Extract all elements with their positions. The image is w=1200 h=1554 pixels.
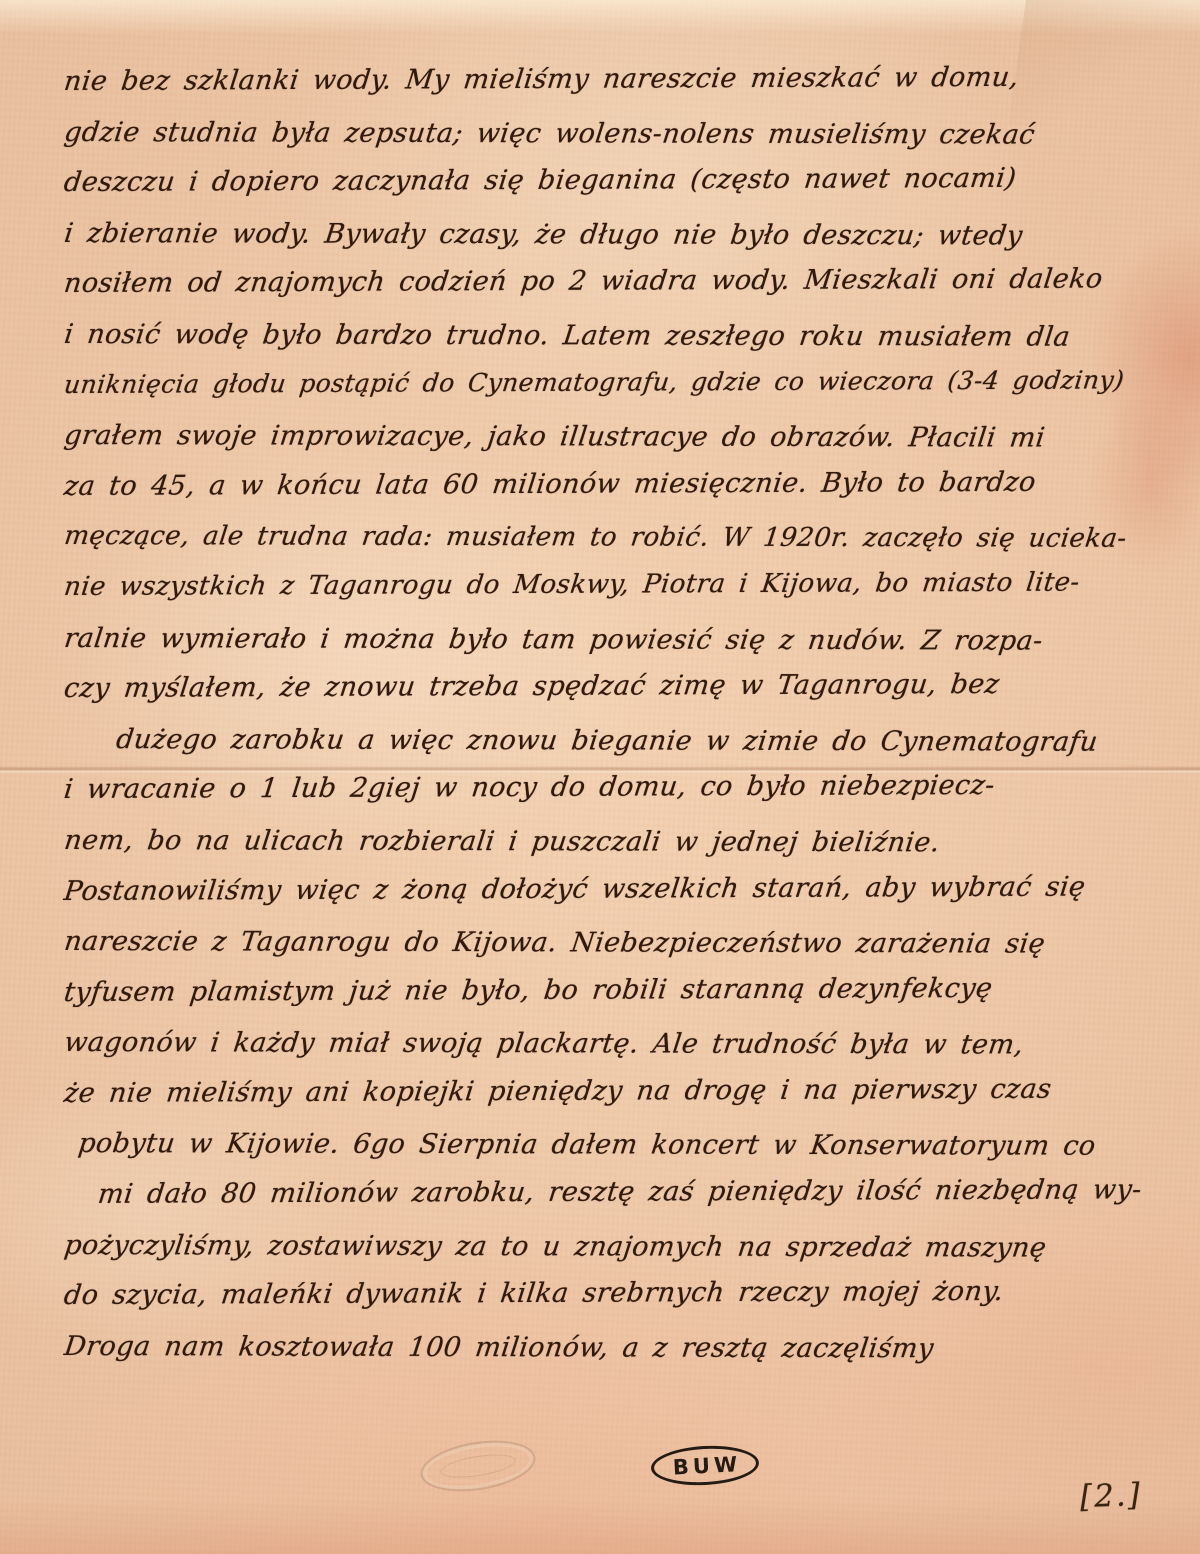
manuscript-line: deszczu i dopiero zaczynała się bieganin…: [60, 162, 1162, 217]
manuscript-line: wagonów i każdy miał swoją plackartę. Al…: [60, 1027, 1161, 1080]
manuscript-line: nem, bo na ulicach rozbierali i puszczal…: [60, 825, 1161, 878]
manuscript-line: nosiłem od znajomych codzień po 2 wiadra…: [60, 264, 1162, 319]
handwritten-text: nie bez szklanki wody. My mieliśmy nares…: [60, 66, 1155, 1381]
manuscript-line: pobytu w Kijowie. 6go Sierpnia dałem kon…: [60, 1128, 1161, 1181]
manuscript-line: czy myślałem, że znowu trzeba spędzać zi…: [60, 668, 1162, 723]
manuscript-line: za to 45, a w końcu lata 60 milionów mie…: [60, 466, 1162, 521]
manuscript-line: tyfusem plamistym już nie było, bo robil…: [60, 972, 1162, 1027]
manuscript-line: nie wszystkich z Taganrogu do Moskwy, Pi…: [60, 567, 1162, 622]
manuscript-line: nareszcie z Taganrogu do Kijowa. Niebezp…: [60, 926, 1161, 979]
manuscript-line: mi dało 80 milionów zarobku, resztę zaś …: [60, 1174, 1162, 1229]
letter-page: nie bez szklanki wody. My mieliśmy nares…: [0, 0, 1200, 1554]
manuscript-line: i nosić wodę było bardzo trudno. Latem z…: [60, 319, 1161, 372]
manuscript-line: Droga nam kosztowała 100 milionów, a z r…: [60, 1331, 1161, 1384]
library-stamp: BUW: [650, 1443, 760, 1488]
manuscript-line: do szycia, maleńki dywanik i kilka srebr…: [60, 1275, 1162, 1330]
manuscript-line: Postanowiliśmy więc z żoną dołożyć wszel…: [60, 871, 1162, 926]
manuscript-line: męczące, ale trudna rada: musiałem to ro…: [60, 521, 1161, 574]
manuscript-line: uniknięcia głodu postąpić do Cynematogra…: [60, 365, 1162, 420]
page-number: [2.]: [1079, 1477, 1142, 1515]
manuscript-line: i wracanie o 1 lub 2giej w nocy do domu,…: [60, 770, 1162, 825]
embossed-stamp: [417, 1433, 539, 1499]
manuscript-line: grałem swoje improwizacye, jako illustra…: [60, 420, 1161, 473]
manuscript-line: że nie mieliśmy ani kopiejki pieniędzy n…: [60, 1073, 1162, 1128]
fold-crease: [0, 766, 1200, 773]
manuscript-line: nie bez szklanki wody. My mieliśmy nares…: [60, 61, 1162, 116]
